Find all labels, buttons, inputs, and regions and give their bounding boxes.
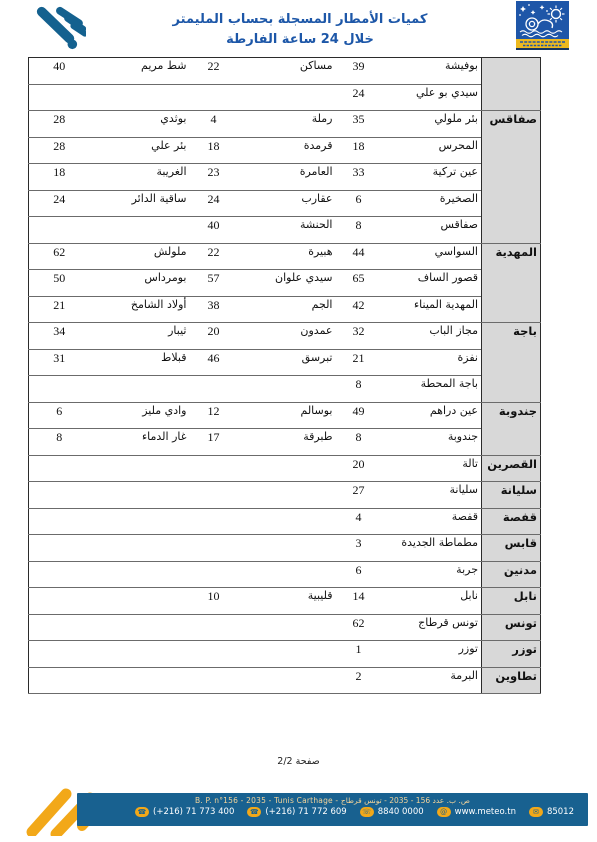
- station-name-cell: هبيرة: [238, 243, 336, 270]
- rain-value-cell: 24: [336, 84, 382, 111]
- report-title: كميات الأمطار المسجلة بحساب المليمتر خلا…: [150, 10, 450, 50]
- rain-value-cell: 35: [336, 111, 382, 138]
- rain-value-cell: 28: [29, 111, 90, 138]
- rain-value-cell: 31: [29, 349, 90, 376]
- table-row: القصرينتالة20: [29, 455, 541, 482]
- table-row: عين تركية33العامرة23الغريبة18: [29, 164, 541, 191]
- rain-value-cell: 6: [336, 561, 382, 588]
- station-name-cell: سيدي علوان: [238, 270, 336, 297]
- website-icon: @: [437, 807, 451, 817]
- station-name-cell: [90, 535, 190, 562]
- station-name-cell: [238, 561, 336, 588]
- rain-value-cell: [190, 667, 238, 694]
- rain-value-cell: 57: [190, 270, 238, 297]
- rain-value-cell: 6: [29, 402, 90, 429]
- table-row: المحرس18قرمدة18بئر علي28: [29, 137, 541, 164]
- page-number: صفحة 2/2: [0, 756, 597, 767]
- station-name-cell: المهدية الميناء: [382, 296, 482, 323]
- station-name-cell: [238, 482, 336, 509]
- governorate-cell: قابس: [482, 535, 541, 562]
- rain-value-cell: 4: [336, 508, 382, 535]
- station-name-cell: العامرة: [238, 164, 336, 191]
- station-name-cell: بومرداس: [90, 270, 190, 297]
- meteo-institute-logo: [516, 1, 569, 50]
- table-row: سليانةسليانة27: [29, 482, 541, 509]
- rain-value-cell: 3: [336, 535, 382, 562]
- station-name-cell: رملة: [238, 111, 336, 138]
- station-name-cell: [90, 561, 190, 588]
- governorate-cell: تونس: [482, 614, 541, 641]
- station-name-cell: توزر: [382, 641, 482, 668]
- table-row: مدنينجربة6: [29, 561, 541, 588]
- station-name-cell: بئر علي: [90, 137, 190, 164]
- station-name-cell: [238, 614, 336, 641]
- document-page: كميات الأمطار المسجلة بحساب المليمتر خلا…: [0, 0, 597, 842]
- station-name-cell: مطماطة الجديدة: [382, 535, 482, 562]
- governorate-cell: القصرين: [482, 455, 541, 482]
- rain-value-cell: 8: [29, 429, 90, 456]
- rain-value-cell: 21: [29, 296, 90, 323]
- rain-value-cell: 44: [336, 243, 382, 270]
- station-name-cell: باجة المحطة: [382, 376, 482, 403]
- station-name-cell: ساقية الدائر: [90, 190, 190, 217]
- rain-table-body: بوفيشة39مساكن22شط مريم40سيدي بو علي24صفا…: [29, 58, 541, 694]
- governorate-cell: سليانة: [482, 482, 541, 509]
- table-row: نفزة21تبرسق46قبلاط31: [29, 349, 541, 376]
- station-name-cell: [90, 217, 190, 244]
- fax-icon: ☎: [135, 807, 149, 817]
- table-row: جندوبةعين دراهم49بوسالم12وادي مليز6: [29, 402, 541, 429]
- rain-value-cell: 2: [336, 667, 382, 694]
- station-name-cell: [238, 84, 336, 111]
- station-name-cell: مساكن: [238, 58, 336, 85]
- station-name-cell: أولاد الشامخ: [90, 296, 190, 323]
- station-name-cell: البرمة: [382, 667, 482, 694]
- table-row: صفاقسبئر ملولي35رملة4بوثدي28: [29, 111, 541, 138]
- rain-value-cell: [190, 535, 238, 562]
- website-contact: @ www.meteo.tn: [437, 807, 516, 817]
- rain-value-cell: 32: [336, 323, 382, 350]
- station-name-cell: الحنشة: [238, 217, 336, 244]
- rain-value-cell: [29, 588, 90, 615]
- station-name-cell: غار الدماء: [90, 429, 190, 456]
- rain-value-cell: 18: [29, 164, 90, 191]
- rain-value-cell: 12: [190, 402, 238, 429]
- table-row: باجةمجاز الباب32عمدون20ثيبار34: [29, 323, 541, 350]
- governorate-cell: توزر: [482, 641, 541, 668]
- rain-value-cell: 33: [336, 164, 382, 191]
- rain-value-cell: 50: [29, 270, 90, 297]
- station-name-cell: المحرس: [382, 137, 482, 164]
- station-name-cell: تبرسق: [238, 349, 336, 376]
- station-name-cell: نابل: [382, 588, 482, 615]
- table-row: قفصةقفصة4: [29, 508, 541, 535]
- station-name-cell: [238, 641, 336, 668]
- footer-address: B. P. n°156 - 2035 - Tunis Carthage - ص.…: [77, 796, 588, 805]
- call-center-contact: ☏ 8840 0000: [360, 807, 424, 817]
- rain-value-cell: 10: [190, 588, 238, 615]
- sms-icon: ✉: [529, 807, 543, 817]
- rain-value-cell: 8: [336, 429, 382, 456]
- station-name-cell: عين دراهم: [382, 402, 482, 429]
- rain-value-cell: 27: [336, 482, 382, 509]
- rain-value-cell: [29, 376, 90, 403]
- station-name-cell: قليبية: [238, 588, 336, 615]
- station-name-cell: وادي مليز: [90, 402, 190, 429]
- station-name-cell: [90, 614, 190, 641]
- station-name-cell: [90, 508, 190, 535]
- station-name-cell: [90, 667, 190, 694]
- governorate-cell: المهدية: [482, 243, 541, 323]
- rain-value-cell: 22: [190, 58, 238, 85]
- rain-value-cell: 18: [190, 137, 238, 164]
- report-title-line1: كميات الأمطار المسجلة بحساب المليمتر: [150, 10, 450, 30]
- station-name-cell: [238, 535, 336, 562]
- station-name-cell: عقارب: [238, 190, 336, 217]
- call-center-number: 8840 0000: [378, 807, 424, 817]
- rain-value-cell: [29, 217, 90, 244]
- table-row: المهدية الميناء42الجم38أولاد الشامخ21: [29, 296, 541, 323]
- governorate-cell: جندوبة: [482, 402, 541, 455]
- station-name-cell: تالة: [382, 455, 482, 482]
- station-name-cell: [90, 84, 190, 111]
- rain-value-cell: [29, 455, 90, 482]
- station-name-cell: [90, 376, 190, 403]
- rain-value-cell: 23: [190, 164, 238, 191]
- rain-value-cell: [29, 535, 90, 562]
- rain-value-cell: 24: [190, 190, 238, 217]
- rain-value-cell: [190, 614, 238, 641]
- governorate-cell: باجة: [482, 323, 541, 403]
- rain-value-cell: 62: [336, 614, 382, 641]
- table-row: سيدي بو علي24: [29, 84, 541, 111]
- table-row: نابلنابل14قليبية10: [29, 588, 541, 615]
- station-name-cell: الصخيرة: [382, 190, 482, 217]
- rain-value-cell: [29, 561, 90, 588]
- sms-contact: ✉ 85012: [529, 807, 574, 817]
- station-name-cell: بوفيشة: [382, 58, 482, 85]
- governorate-cell: تطاوين: [482, 667, 541, 694]
- station-name-cell: عمدون: [238, 323, 336, 350]
- sms-number: 85012: [547, 807, 574, 817]
- station-name-cell: جربة: [382, 561, 482, 588]
- station-name-cell: صفاقس: [382, 217, 482, 244]
- rain-value-cell: 40: [190, 217, 238, 244]
- station-name-cell: [238, 376, 336, 403]
- rain-value-cell: 4: [190, 111, 238, 138]
- governorate-cell: مدنين: [482, 561, 541, 588]
- station-name-cell: سيدي بو علي: [382, 84, 482, 111]
- table-row: صفاقس8الحنشة40: [29, 217, 541, 244]
- footer-bar: B. P. n°156 - 2035 - Tunis Carthage - ص.…: [77, 793, 588, 826]
- governorate-cell: صفاقس: [482, 111, 541, 244]
- rain-value-cell: [190, 482, 238, 509]
- phone-icon: ☎: [247, 807, 261, 817]
- rain-value-cell: [190, 376, 238, 403]
- station-name-cell: شط مريم: [90, 58, 190, 85]
- station-name-cell: [90, 641, 190, 668]
- station-name-cell: قرمدة: [238, 137, 336, 164]
- station-name-cell: بوسالم: [238, 402, 336, 429]
- station-name-cell: قصور الساف: [382, 270, 482, 297]
- table-row: قابسمطماطة الجديدة3: [29, 535, 541, 562]
- rain-value-cell: 28: [29, 137, 90, 164]
- rain-value-cell: [29, 667, 90, 694]
- table-row: قصور الساف65سيدي علوان57بومرداس50: [29, 270, 541, 297]
- meteo-logo-icon: [516, 1, 569, 50]
- rain-value-cell: 24: [29, 190, 90, 217]
- rain-value-cell: [190, 508, 238, 535]
- rain-value-cell: 40: [29, 58, 90, 85]
- station-name-cell: سليانة: [382, 482, 482, 509]
- station-name-cell: [90, 455, 190, 482]
- table-row: بوفيشة39مساكن22شط مريم40: [29, 58, 541, 85]
- rain-value-cell: 8: [336, 376, 382, 403]
- rain-value-cell: 22: [190, 243, 238, 270]
- rain-value-cell: 34: [29, 323, 90, 350]
- station-name-cell: [238, 667, 336, 694]
- rain-value-cell: 20: [190, 323, 238, 350]
- rain-value-cell: [29, 508, 90, 535]
- governorate-cell: نابل: [482, 588, 541, 615]
- station-name-cell: قبلاط: [90, 349, 190, 376]
- transport-ministry-logo: [28, 5, 86, 51]
- rain-value-cell: 46: [190, 349, 238, 376]
- rain-value-cell: 65: [336, 270, 382, 297]
- station-name-cell: ثيبار: [90, 323, 190, 350]
- station-name-cell: قفصة: [382, 508, 482, 535]
- station-name-cell: بوثدي: [90, 111, 190, 138]
- station-name-cell: الغريبة: [90, 164, 190, 191]
- station-name-cell: جندوبة: [382, 429, 482, 456]
- fax-contact: ☎ (+216) 71 773 400: [135, 807, 234, 817]
- fax-number: (+216) 71 773 400: [153, 807, 234, 817]
- station-name-cell: [90, 588, 190, 615]
- rain-value-cell: [190, 84, 238, 111]
- rain-value-cell: [29, 84, 90, 111]
- station-name-cell: طبرقة: [238, 429, 336, 456]
- swoosh-logo-icon: [28, 5, 86, 51]
- station-name-cell: الجم: [238, 296, 336, 323]
- rain-value-cell: 18: [336, 137, 382, 164]
- station-name-cell: السواسي: [382, 243, 482, 270]
- rain-value-cell: 39: [336, 58, 382, 85]
- rain-value-cell: 17: [190, 429, 238, 456]
- rainfall-table-grid: بوفيشة39مساكن22شط مريم40سيدي بو علي24صفا…: [28, 57, 541, 694]
- rain-value-cell: 14: [336, 588, 382, 615]
- rainfall-table: بوفيشة39مساكن22شط مريم40سيدي بو علي24صفا…: [28, 57, 540, 694]
- website-url: www.meteo.tn: [455, 807, 516, 817]
- station-name-cell: [90, 482, 190, 509]
- station-name-cell: عين تركية: [382, 164, 482, 191]
- table-row: الصخيرة6عقارب24ساقية الدائر24: [29, 190, 541, 217]
- rain-value-cell: 6: [336, 190, 382, 217]
- footer-contacts: ☎ (+216) 71 773 400 ☎ (+216) 71 772 609 …: [77, 805, 588, 817]
- governorate-cell: [482, 58, 541, 111]
- rain-value-cell: 21: [336, 349, 382, 376]
- rain-value-cell: [29, 641, 90, 668]
- station-name-cell: تونس قرطاج: [382, 614, 482, 641]
- table-row: تطاوينالبرمة2: [29, 667, 541, 694]
- station-name-cell: [238, 455, 336, 482]
- rain-value-cell: 8: [336, 217, 382, 244]
- call-center-icon: ☏: [360, 807, 374, 817]
- station-name-cell: بئر ملولي: [382, 111, 482, 138]
- report-title-line2: خلال 24 ساعة الفارطة: [150, 30, 450, 50]
- station-name-cell: ملولش: [90, 243, 190, 270]
- table-row: توزرتوزر1: [29, 641, 541, 668]
- station-name-cell: مجاز الباب: [382, 323, 482, 350]
- rain-value-cell: 20: [336, 455, 382, 482]
- phone-contact: ☎ (+216) 71 772 609: [247, 807, 346, 817]
- rain-value-cell: 1: [336, 641, 382, 668]
- table-row: المهديةالسواسي44هبيرة22ملولش62: [29, 243, 541, 270]
- station-name-cell: نفزة: [382, 349, 482, 376]
- phone-number: (+216) 71 772 609: [265, 807, 346, 817]
- rain-value-cell: 42: [336, 296, 382, 323]
- governorate-cell: قفصة: [482, 508, 541, 535]
- table-row: تونستونس قرطاج62: [29, 614, 541, 641]
- station-name-cell: [238, 508, 336, 535]
- rain-value-cell: [190, 561, 238, 588]
- rain-value-cell: 62: [29, 243, 90, 270]
- table-row: باجة المحطة8: [29, 376, 541, 403]
- table-row: جندوبة8طبرقة17غار الدماء8: [29, 429, 541, 456]
- rain-value-cell: [190, 641, 238, 668]
- rain-value-cell: [29, 614, 90, 641]
- rain-value-cell: [29, 482, 90, 509]
- rain-value-cell: [190, 455, 238, 482]
- rain-value-cell: 49: [336, 402, 382, 429]
- rain-value-cell: 38: [190, 296, 238, 323]
